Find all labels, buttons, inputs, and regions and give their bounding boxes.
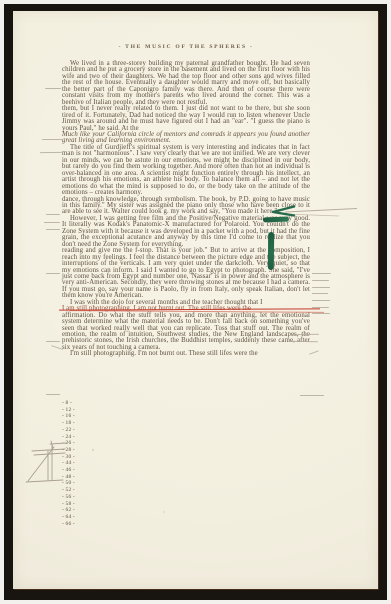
green-margin-bar [268,232,274,270]
pencil-mark [312,273,331,274]
page-number: - 52 - [62,487,75,494]
pencil-mark [40,152,62,153]
page-number: - 22 - [62,427,75,434]
pencil-mark [312,307,329,308]
page-number: - 18 - [62,420,75,427]
pencil-mark [312,280,329,281]
page-number: - 58 - [62,501,75,508]
pencil-mark [46,394,60,395]
green-highlight-bar [263,217,289,223]
page-number: - 62 - [62,507,75,514]
page-number: - 56 - [62,494,75,501]
pencil-mark [312,313,330,314]
pencil-mark [46,214,60,215]
page-number: - 12 - [62,407,75,414]
paragraph-still-photographing: I'm still photographing. I'm not burnt o… [62,351,310,357]
pencil-mark [309,350,319,354]
pencil-mark [46,273,60,274]
dust-speck [92,449,94,451]
paragraph-piano: them, but I never really related to them… [62,106,310,132]
pencil-mark [44,222,60,223]
page-header-text: - THE MUSIC OF THE SPHERES - [119,44,254,50]
page-number: - 64 - [62,514,75,521]
page-header: - THE MUSIC OF THE SPHERES - [62,44,310,50]
pencil-mark [46,341,60,342]
pencil-mark [42,139,62,140]
framed-manuscript-photo: { "doc": { "header": "- THE MUSIC OF THE… [0,0,391,604]
pencil-mark [312,287,330,288]
dust-speck [305,163,307,165]
struck-out-line: I am still photographing. I am not burnt… [62,306,310,312]
paragraph-affirmation: affirmation. Do what the stuff tells you… [62,313,310,352]
paragraph-family: We lived in a three-storey building my p… [62,61,310,106]
pencil-mark [300,395,324,396]
pencil-mark [312,293,328,294]
pencil-sketch [23,439,69,487]
paragraph-gurdjieff: The title of Gurdjieff's spiritual syste… [62,145,310,197]
manuscript-page: - THE MUSIC OF THE SPHERES - We lived in… [13,11,378,589]
page-number: - 66 - [62,521,75,528]
pencil-mark [46,229,60,230]
pencil-mark [290,333,319,334]
paragraph-italic-note: Much like your California circle of ment… [62,132,310,145]
page-number: - 16 - [62,413,75,420]
dust-speck [163,511,165,513]
page-number: - 8 - [62,400,75,407]
pencil-mark [45,88,61,89]
pencil-mark [312,300,330,301]
